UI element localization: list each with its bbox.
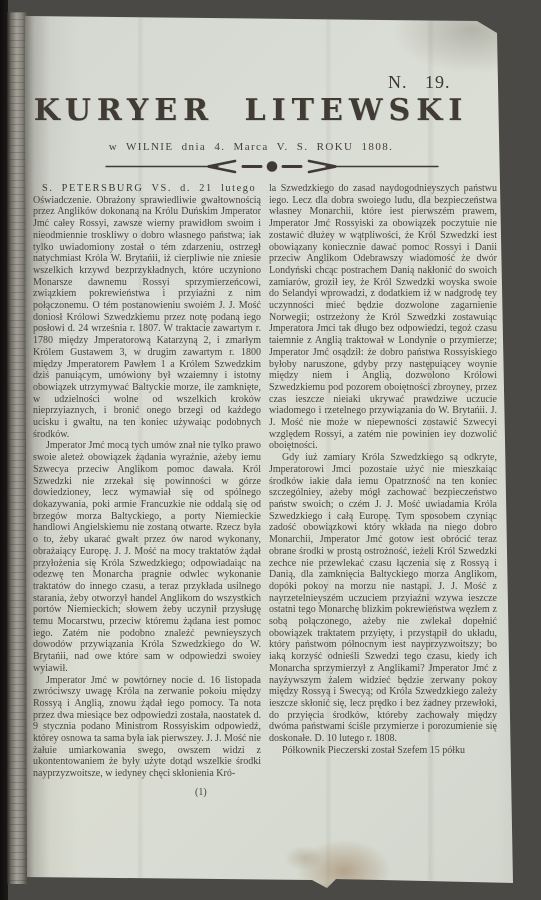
footer-note: Półkownik Pieczerski został Szefem 15 pó… (269, 745, 497, 757)
issue-number: N. 19. (388, 72, 451, 93)
divider-ornament (104, 158, 440, 175)
newspaper-scan: N. 19. KURYER LITEWSKI w WILNIE dnia 4. … (0, 0, 541, 900)
signature-mark: (1) (195, 787, 261, 799)
right-column: la Szwedzkiego do zasad naydogodnieyszyc… (269, 183, 497, 799)
left-column: S. PETERSBURG VS. d. 21 lutego Oświadcze… (33, 183, 261, 799)
newspaper-title: KURYER LITEWSKI (28, 93, 474, 128)
paragraph: Oświadczenie. Obrażony sprawiedliwie gwa… (33, 195, 261, 441)
paragraph: la Szwedzkiego do zasad naydogodnieyszyc… (269, 183, 497, 452)
article-dateline-heading: S. PETERSBURG VS. d. 21 lutego (33, 183, 261, 195)
article-columns: S. PETERSBURG VS. d. 21 lutego Oświadcze… (33, 183, 497, 799)
dateline: w WILNIE dnia 4. Marca V. S. ROKU 1808. (28, 141, 474, 153)
paragraph: Jmperator Jmć w powtórney nocie d. 16 li… (33, 675, 261, 780)
previous-page-edge (7, 12, 27, 884)
paragraph: Gdy iuż zamiary Króla Szwedzkiego są odk… (269, 452, 497, 745)
paragraph: Jmperator Jmć mocą tych umów znał nie ty… (33, 440, 261, 674)
